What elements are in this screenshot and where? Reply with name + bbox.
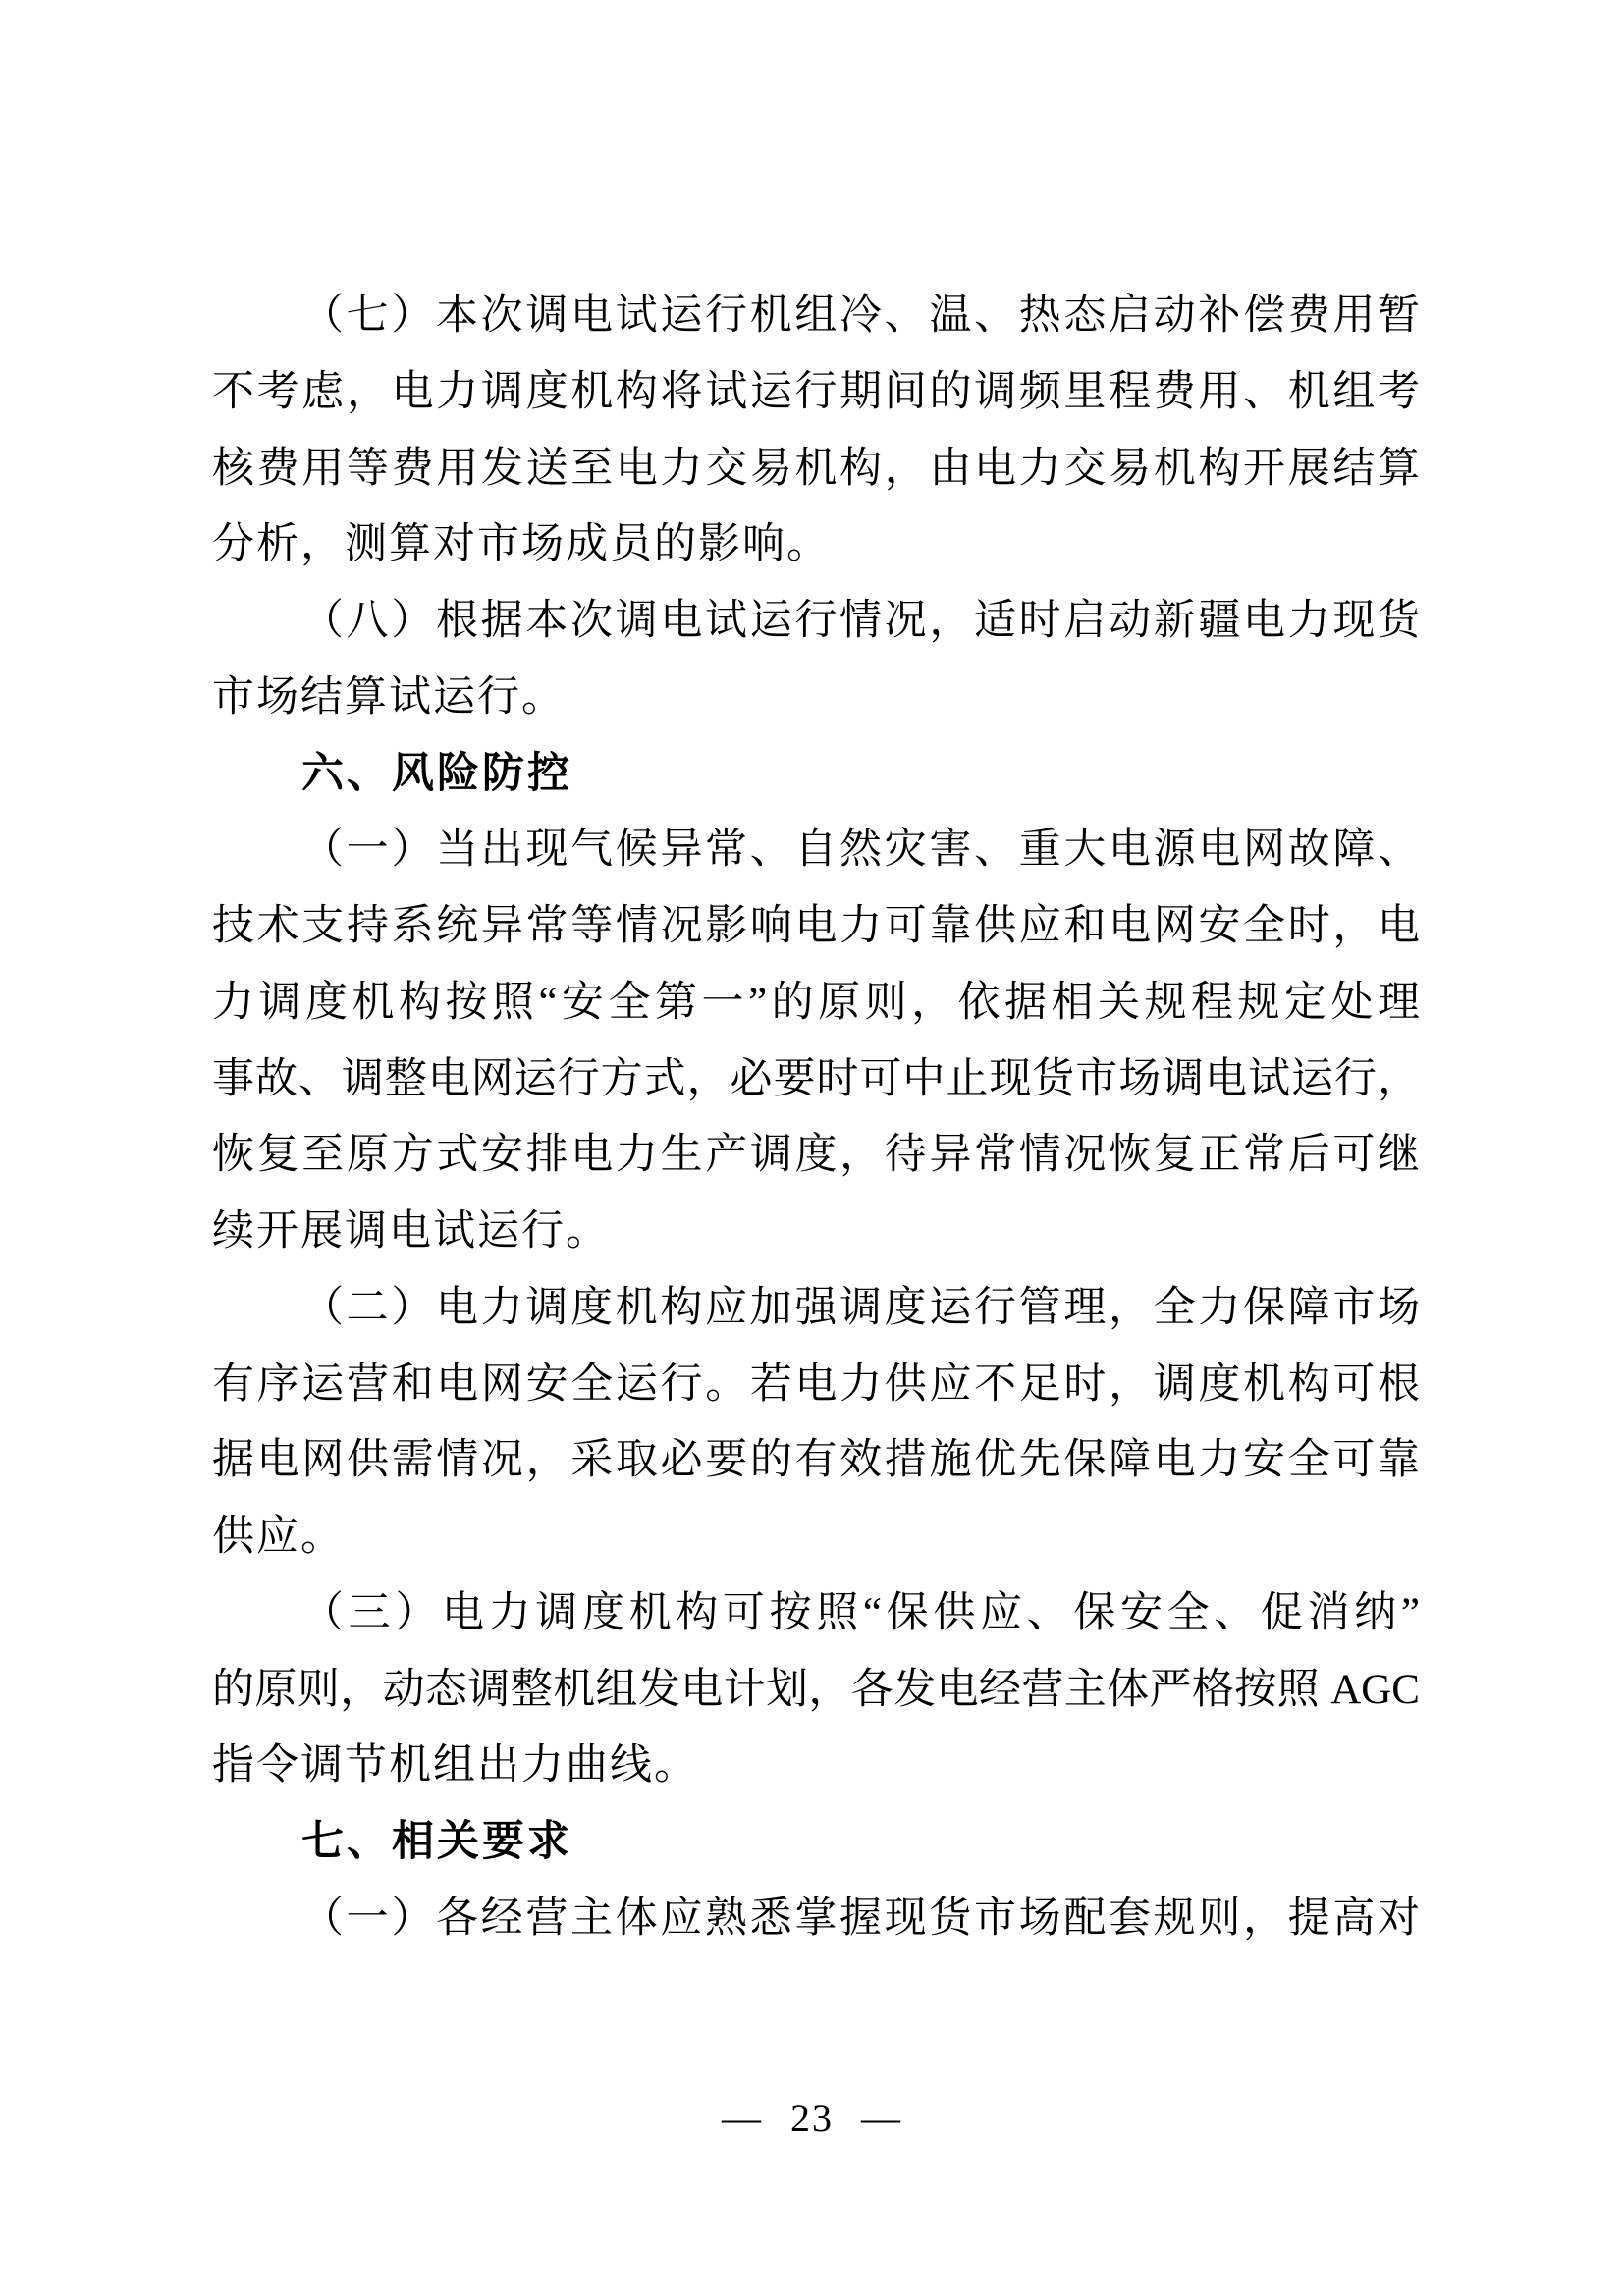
document-line: 据电网供需情况，采取必要的有效措施优先保障电力安全可靠 <box>212 1422 1420 1499</box>
document-line: （三）电力调度机构可按照“保供应、保安全、促消纳” <box>212 1575 1420 1652</box>
document-page: （七）本次调电试运行机组冷、温、热态启动补偿费用暂不考虑，电力调度机构将试运行期… <box>0 0 1624 2296</box>
section-heading: 七、相关要求 <box>212 1804 1420 1881</box>
page-number: — 23 — <box>722 2096 902 2140</box>
page-footer: — 23 — <box>0 2095 1624 2142</box>
document-line: 供应。 <box>212 1499 1420 1575</box>
document-line: 力调度机构按照“安全第一”的原则，依据相关规程规定处理 <box>212 965 1420 1041</box>
document-line: 技术支持系统异常等情况影响电力可靠供应和电网安全时，电 <box>212 888 1420 965</box>
document-line: 有序运营和电网安全运行。若电力供应不足时，调度机构可根 <box>212 1347 1420 1423</box>
document-line: 不考虑，电力调度机构将试运行期间的调频里程费用、机组考 <box>212 354 1420 431</box>
document-line: 指令调节机组出力曲线。 <box>212 1728 1420 1804</box>
document-line: 续开展调电试运行。 <box>212 1194 1420 1270</box>
document-line: 分析，测算对市场成员的影响。 <box>212 507 1420 583</box>
document-body: （七）本次调电试运行机组冷、温、热态启动补偿费用暂不考虑，电力调度机构将试运行期… <box>212 278 1420 1957</box>
section-heading: 六、风险防控 <box>212 736 1420 813</box>
document-line: 的原则，动态调整机组发电计划，各发电经营主体严格按照 AGC <box>212 1652 1420 1729</box>
document-line: （一）各经营主体应熟悉掌握现货市场配套规则，提高对 <box>212 1881 1420 1957</box>
document-line: （七）本次调电试运行机组冷、温、热态启动补偿费用暂 <box>212 278 1420 354</box>
document-line: （二）电力调度机构应加强调度运行管理，全力保障市场 <box>212 1270 1420 1347</box>
document-line: 市场结算试运行。 <box>212 660 1420 736</box>
document-line: 恢复至原方式安排电力生产调度，待异常情况恢复正常后可继 <box>212 1117 1420 1194</box>
document-line: （八）根据本次调电试运行情况，适时启动新疆电力现货 <box>212 583 1420 660</box>
document-line: 事故、调整电网运行方式，必要时可中止现货市场调电试运行， <box>212 1041 1420 1118</box>
document-line: （一）当出现气候异常、自然灾害、重大电源电网故障、 <box>212 812 1420 888</box>
document-line: 核费用等费用发送至电力交易机构，由电力交易机构开展结算 <box>212 431 1420 507</box>
